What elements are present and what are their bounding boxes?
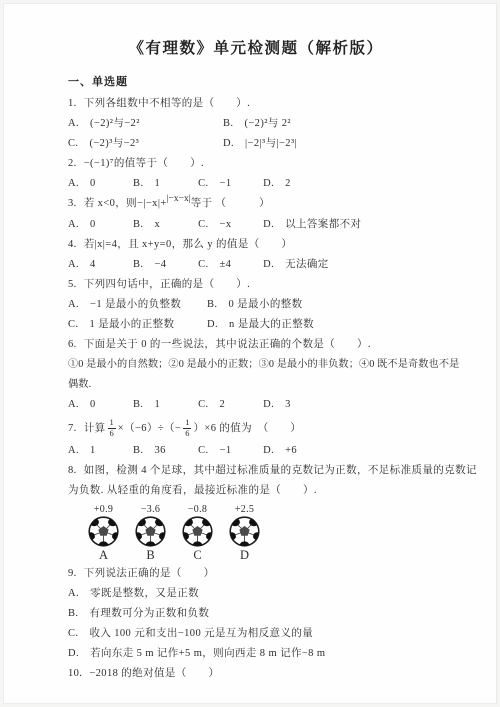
- question-1-options-row-2: C.(−2)³与−2³ D.|−2|³与|−2³|: [68, 137, 460, 150]
- option-label: C.: [198, 445, 208, 456]
- option-text: 无法确定: [285, 259, 329, 270]
- option-d: D.若向东走 5 m 记作+5 m，则向西走 8 m 记作−8 m: [68, 647, 325, 660]
- option-c: C.2: [198, 398, 260, 411]
- option-b: B.1: [133, 177, 195, 190]
- question-8-stem-line-1: 8.如图，检测 4 个足球，其中超过标准质量的克数记为正数，不足标准质量的克数记: [68, 464, 460, 477]
- option-label: D.: [263, 445, 274, 456]
- option-text: −1: [220, 178, 232, 189]
- question-6-statements-line-1: ①0 是最小的自然数；②0 是最小的正数；③0 是最小的非负数；④0 既不是奇数…: [68, 358, 460, 371]
- question-9-option-a: A.零既是整数，又是正数: [68, 587, 460, 600]
- question-number: 9.: [68, 568, 77, 579]
- question-10-stem: 10.−2018 的绝对值是（ ）: [68, 667, 460, 680]
- option-c: C.−1: [198, 444, 260, 457]
- option-text: −1: [220, 445, 232, 456]
- option-text: n 是最大的正整数: [229, 319, 314, 330]
- option-text: 0: [90, 178, 96, 189]
- option-label: C.: [198, 178, 208, 189]
- fraction-denominator: 6: [108, 429, 116, 439]
- option-label: A.: [68, 299, 79, 310]
- stem-text: 计算: [84, 423, 106, 434]
- question-6-statements-line-2: 偶数.: [68, 378, 460, 391]
- stem-text: 下列四句话中，正确的是（ ）.: [84, 279, 251, 290]
- soccer-ball-icon: [229, 516, 260, 547]
- question-9-option-c: C.收入 100 元和支出−100 元是互为相反意义的量: [68, 627, 460, 640]
- option-label: B.: [68, 608, 78, 619]
- stem-text: 下面是关于 0 的一些说法，其中说法正确的个数是（ ）.: [84, 339, 371, 350]
- option-c: C.收入 100 元和支出−100 元是互为相反意义的量: [68, 627, 313, 640]
- ball-letter: A: [80, 548, 127, 563]
- option-text: 有理数可分为正数和负数: [89, 608, 209, 619]
- option-text: x: [154, 219, 160, 230]
- option-a: A.4: [68, 258, 130, 271]
- option-text: −4: [154, 259, 166, 270]
- option-a: A.0: [68, 177, 130, 190]
- soccer-ball-icon: [182, 516, 213, 547]
- option-b: B.1: [133, 398, 195, 411]
- option-label: A.: [68, 219, 79, 230]
- option-text: 0: [90, 219, 96, 230]
- option-label: D.: [263, 178, 274, 189]
- ball-weight-value: −3.6: [127, 504, 174, 515]
- option-label: C.: [68, 319, 78, 330]
- question-number: 8.: [68, 465, 77, 476]
- page-title: 《有理数》单元检测题（解析版）: [52, 36, 460, 58]
- option-label: C.: [198, 219, 208, 230]
- option-text: −x: [220, 219, 232, 230]
- soccer-ball-icon: [135, 516, 166, 547]
- fraction-one-sixth: 16: [183, 418, 191, 439]
- stem-text: ×（−6）÷（−: [118, 423, 181, 434]
- option-d: D.|−2|³与|−2³|: [223, 137, 297, 150]
- option-label: A.: [68, 445, 79, 456]
- option-label: B.: [133, 178, 143, 189]
- option-label: B.: [133, 445, 143, 456]
- option-text: 以上答案都不对: [285, 219, 361, 230]
- question-1-stem: 1.下列各组数中不相等的是（ ）.: [68, 97, 460, 110]
- stem-text: −2018 的绝对值是（ ）: [89, 668, 219, 679]
- soccer-balls-figure: +0.9 A: [80, 504, 460, 563]
- option-label: A.: [68, 259, 79, 270]
- fraction-denominator: 6: [183, 429, 191, 439]
- ball-letter: B: [127, 548, 174, 563]
- option-label: B.: [133, 259, 143, 270]
- question-5-options-row-2: C.1 是最小的正整数 D.n 是最大的正整数: [68, 318, 460, 331]
- question-number: 6.: [68, 339, 77, 350]
- ball-item-c: −0.8 C: [174, 504, 221, 563]
- option-label: B.: [223, 118, 233, 129]
- stem-text: 若|x|=4，且 x+y=0，那么 y 的值是（ ）: [84, 239, 293, 250]
- ball-item-b: −3.6 B: [127, 504, 174, 563]
- stem-text: ）×6 的值为 （ ）: [193, 423, 301, 434]
- fraction-one-sixth: 16: [108, 418, 116, 439]
- option-label: D.: [263, 259, 274, 270]
- stem-text: −(−1)⁷的值等于（ ）.: [84, 158, 204, 169]
- option-b: B.(−2)²与 2²: [223, 117, 291, 130]
- option-label: D.: [68, 648, 79, 659]
- option-text: |−2|³与|−2³|: [245, 138, 297, 149]
- option-a: A.0: [68, 398, 130, 411]
- option-a: A.1: [68, 444, 130, 457]
- option-b: B.0 是最小的整数: [207, 298, 303, 311]
- question-5-options-row-1: A.−1 是最小的负整数 B.0 是最小的整数: [68, 298, 460, 311]
- option-text: 零既是整数，又是正数: [90, 588, 199, 599]
- option-a: A.0: [68, 218, 130, 231]
- option-label: B.: [133, 399, 143, 410]
- option-label: C.: [198, 259, 208, 270]
- option-c: C.±4: [198, 258, 260, 271]
- option-text: (−2)³与−2³: [89, 138, 139, 149]
- option-b: B.x: [133, 218, 195, 231]
- option-label: C.: [68, 628, 78, 639]
- raised-abs-expression: |−x−x|: [167, 194, 191, 204]
- ball-letter: C: [174, 548, 221, 563]
- stem-text: 下列说法正确的是（ ）: [84, 568, 215, 579]
- option-text: 36: [154, 445, 165, 456]
- option-text: +6: [285, 445, 297, 456]
- option-label: B.: [207, 299, 217, 310]
- option-label: D.: [223, 138, 234, 149]
- question-9-option-b: B.有理数可分为正数和负数: [68, 607, 460, 620]
- option-text: 1: [154, 178, 160, 189]
- section-heading: 一、单选题: [68, 73, 460, 89]
- option-b: B.−4: [133, 258, 195, 271]
- stem-text: 等于 （ ）: [191, 198, 270, 209]
- question-5-stem: 5.下列四句话中，正确的是（ ）.: [68, 278, 460, 291]
- option-text: −1 是最小的负整数: [90, 299, 181, 310]
- option-label: A.: [68, 399, 79, 410]
- option-a: A.(−2)²与−2²: [68, 117, 220, 130]
- soccer-ball-icon: [88, 516, 119, 547]
- option-label: A.: [68, 588, 79, 599]
- question-4-options: A.4 B.−4 C.±4 D.无法确定: [68, 258, 460, 271]
- option-text: 2: [285, 178, 291, 189]
- stem-text: 如图，检测 4 个足球，其中超过标准质量的克数记为正数，不足标准质量的克数记: [84, 465, 477, 476]
- option-label: D.: [263, 399, 274, 410]
- option-label: D.: [207, 319, 218, 330]
- ball-item-a: +0.9 A: [80, 504, 127, 563]
- ball-item-d: +2.5 D: [221, 504, 268, 563]
- option-text: 若向东走 5 m 记作+5 m，则向西走 8 m 记作−8 m: [90, 648, 325, 659]
- question-2-stem: 2.−(−1)⁷的值等于（ ）.: [68, 157, 460, 170]
- option-label: D.: [263, 219, 274, 230]
- option-text: (−2)²与 2²: [244, 118, 290, 129]
- question-8-stem-line-2: 为负数. 从轻重的角度看，最接近标准的是（ ）.: [68, 484, 460, 497]
- option-a: A.−1 是最小的负整数: [68, 298, 204, 311]
- option-text: 1: [90, 445, 96, 456]
- option-text: 1: [154, 399, 160, 410]
- option-a: A.零既是整数，又是正数: [68, 587, 199, 600]
- question-6-options: A.0 B.1 C.2 D.3: [68, 398, 460, 411]
- option-c: C.(−2)³与−2³: [68, 137, 220, 150]
- option-d: D.以上答案都不对: [263, 218, 361, 231]
- option-label: A.: [68, 178, 79, 189]
- document-page: 《有理数》单元检测题（解析版） 一、单选题 1.下列各组数中不相等的是（ ）. …: [3, 3, 497, 704]
- question-number: 10.: [68, 668, 82, 679]
- ball-weight-value: +0.9: [80, 504, 127, 515]
- option-text: 0 是最小的整数: [228, 299, 302, 310]
- option-label: B.: [133, 219, 143, 230]
- option-b: B.36: [133, 444, 195, 457]
- question-7-stem: 7.计算16×（−6）÷（−16）×6 的值为 （ ）: [68, 418, 460, 439]
- option-label: A.: [68, 118, 79, 129]
- option-text: 0: [90, 399, 96, 410]
- question-number: 1.: [68, 98, 77, 109]
- question-number: 2.: [68, 158, 77, 169]
- option-text: 3: [285, 399, 291, 410]
- ball-letter: D: [221, 548, 268, 563]
- option-b: B.有理数可分为正数和负数: [68, 607, 209, 620]
- ball-weight-value: −0.8: [174, 504, 221, 515]
- question-6-stem: 6.下面是关于 0 的一些说法，其中说法正确的个数是（ ）.: [68, 338, 460, 351]
- question-number: 7.: [68, 423, 77, 434]
- option-c: C.1 是最小的正整数: [68, 318, 204, 331]
- option-text: (−2)²与−2²: [90, 118, 140, 129]
- option-d: D.n 是最大的正整数: [207, 318, 314, 331]
- question-9-stem: 9.下列说法正确的是（ ）: [68, 567, 460, 580]
- option-c: C.−x: [198, 218, 260, 231]
- option-d: D.3: [263, 398, 291, 411]
- question-7-options: A.1 B.36 C.−1 D.+6: [68, 444, 460, 457]
- stem-text: 若 x<0，则−|−x|+: [84, 198, 167, 209]
- option-c: C.−1: [198, 177, 260, 190]
- option-label: C.: [68, 138, 78, 149]
- option-text: 4: [90, 259, 96, 270]
- question-3-options: A.0 B.x C.−x D.以上答案都不对: [68, 218, 460, 231]
- option-text: 1 是最小的正整数: [89, 319, 174, 330]
- question-2-options: A.0 B.1 C.−1 D.2: [68, 177, 460, 190]
- ball-weight-value: +2.5: [221, 504, 268, 515]
- option-text: ±4: [220, 259, 232, 270]
- question-number: 3.: [68, 198, 77, 209]
- question-number: 5.: [68, 279, 77, 290]
- question-9-option-d: D.若向东走 5 m 记作+5 m，则向西走 8 m 记作−8 m: [68, 647, 460, 660]
- question-4-stem: 4.若|x|=4，且 x+y=0，那么 y 的值是（ ）: [68, 238, 460, 251]
- question-3-stem: 3.若 x<0，则−|−x|+|−x−x|等于 （ ）: [68, 197, 460, 211]
- option-d: D.2: [263, 177, 291, 190]
- option-d: D.+6: [263, 444, 297, 457]
- stem-text: 下列各组数中不相等的是（ ）.: [84, 98, 251, 109]
- question-number: 4.: [68, 239, 77, 250]
- option-d: D.无法确定: [263, 258, 329, 271]
- option-label: C.: [198, 399, 208, 410]
- option-text: 2: [220, 399, 226, 410]
- question-1-options-row-1: A.(−2)²与−2² B.(−2)²与 2²: [68, 117, 460, 130]
- option-text: 收入 100 元和支出−100 元是互为相反意义的量: [89, 628, 313, 639]
